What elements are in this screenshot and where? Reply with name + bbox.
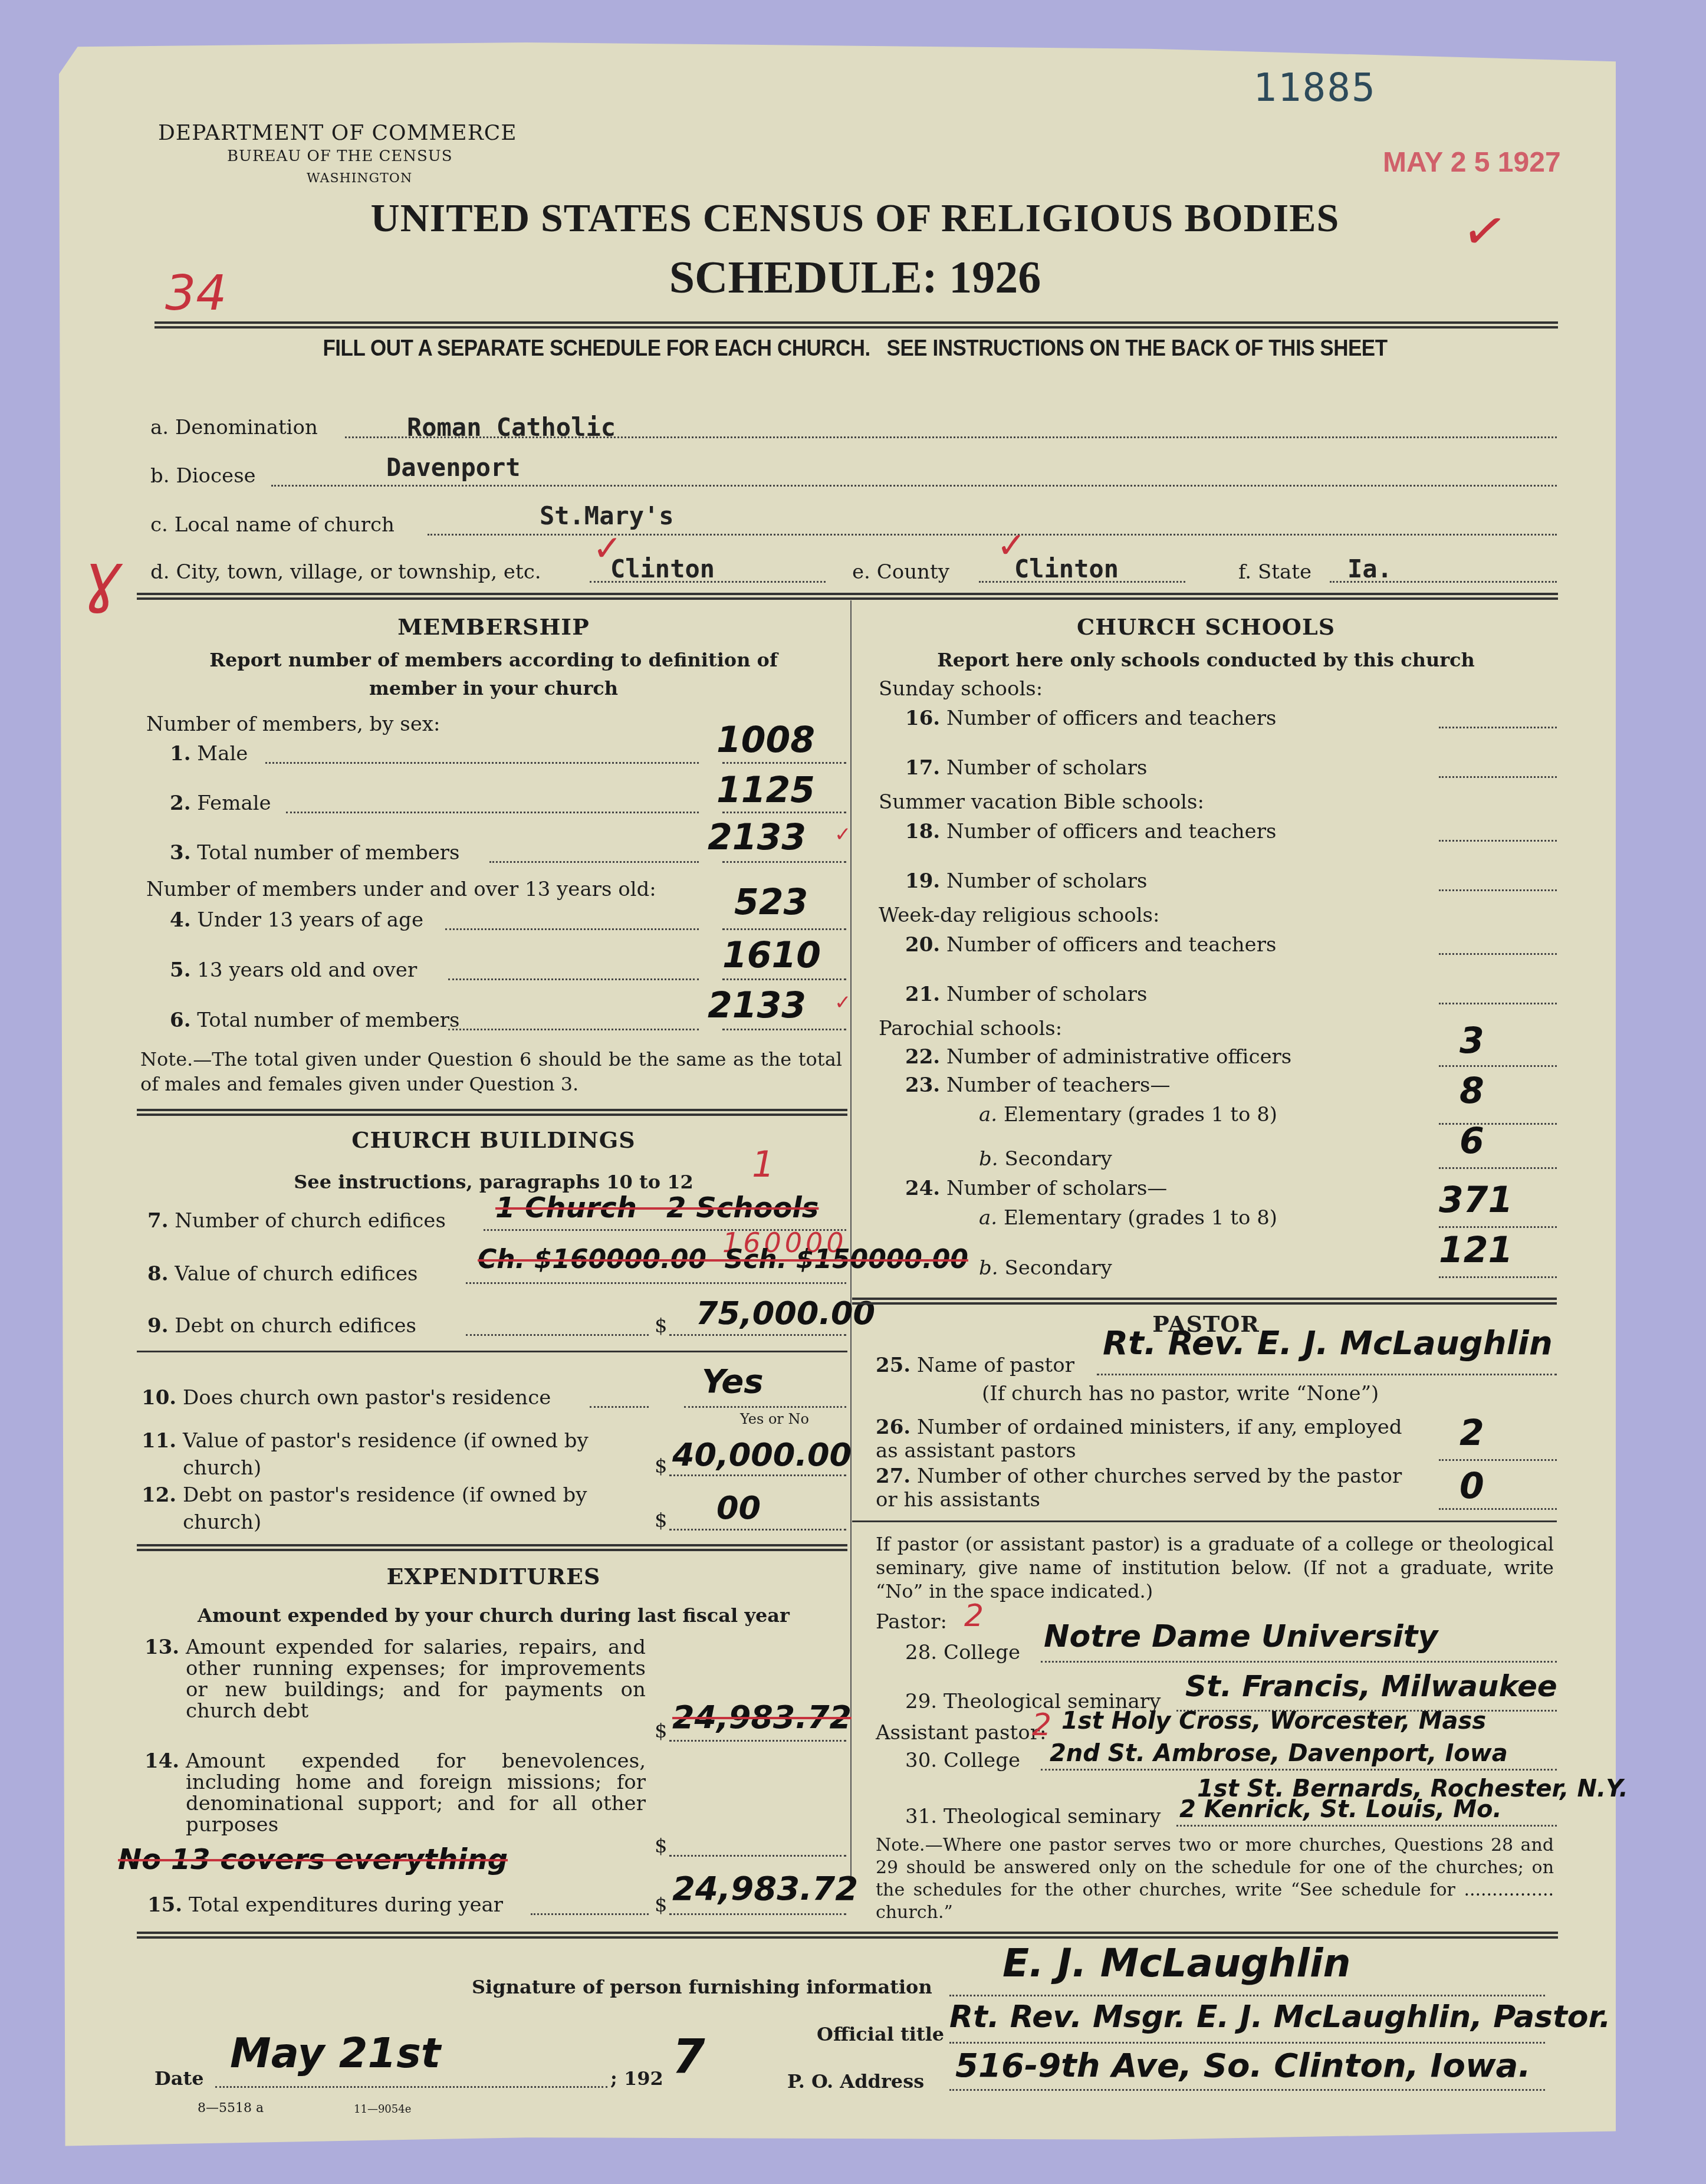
pastor-name-hint: (If church has no pastor, write “None”) — [982, 1382, 1379, 1405]
city-label: d. City, town, village, or township, etc… — [150, 560, 541, 584]
scholars-elementary-label: a. Elementary (grades 1 to 8) — [979, 1206, 1277, 1230]
pastor-education-label: Pastor: — [876, 1610, 947, 1634]
female-label: 2. Female — [170, 792, 271, 815]
running-expenses-value[interactable]: 24,983.72 — [672, 1699, 852, 1736]
under-13-value[interactable]: 523 — [734, 882, 808, 923]
male-field-line[interactable] — [722, 762, 846, 764]
diocese-field-line[interactable] — [271, 485, 1557, 487]
benevolences-label: 14. Amount expended for benevolences, in… — [144, 1751, 652, 1835]
total-members-2-field-line[interactable] — [722, 1029, 846, 1030]
dollar-sign: $ — [655, 1509, 668, 1532]
total-expenditures-leader — [531, 1913, 649, 1915]
seminary-29-value[interactable]: St. Francis, Milwaukee — [1185, 1669, 1557, 1703]
dollar-sign: $ — [655, 1454, 668, 1478]
benevolences-field-line[interactable] — [669, 1855, 846, 1857]
identity-divider — [137, 593, 1558, 600]
teachers-elementary-label: a. Elementary (grades 1 to 8) — [979, 1103, 1277, 1127]
po-address-label: P. O. Address — [787, 2070, 924, 2093]
residence-debt-value[interactable]: 00 — [716, 1489, 761, 1526]
edifices-value[interactable]: 1 Church 2 Schools — [495, 1191, 819, 1224]
owns-residence-value[interactable]: Yes — [702, 1362, 764, 1401]
po-address-field-line[interactable] — [949, 2089, 1545, 2091]
value-edifices-label: 8. Value of church edifices — [147, 1262, 418, 1286]
residence-value-value[interactable]: 40,000.00 — [672, 1436, 852, 1473]
pastor-note: Note.—Where one pastor serves two or mor… — [876, 1834, 1554, 1924]
debt-edifices-value[interactable]: 75,000.00 — [696, 1295, 875, 1332]
scholars-secondary-value[interactable]: 121 — [1439, 1230, 1513, 1271]
teachers-secondary-value[interactable]: 6 — [1460, 1121, 1484, 1162]
membership-divider — [137, 1109, 847, 1116]
fill-instruction: FILL OUT A SEPARATE SCHEDULE FOR EACH CH… — [209, 336, 1501, 362]
county-value[interactable]: Clinton — [1014, 554, 1119, 583]
other-churches-field-line[interactable] — [1439, 1508, 1557, 1510]
column-divider — [850, 600, 852, 1883]
membership-heading: MEMBERSHIP — [137, 613, 850, 640]
denomination-value[interactable]: Roman Catholic — [407, 413, 616, 442]
admin-officers-field-line[interactable] — [1439, 1065, 1557, 1067]
male-value[interactable]: 1008 — [716, 720, 815, 761]
expenditures-subheading: Amount expended by your church during la… — [137, 1604, 850, 1627]
summer-scholars-label: 19. Number of scholars — [905, 869, 1147, 893]
by-age-label: Number of members under and over 13 year… — [146, 878, 656, 901]
residence-value-field-line[interactable] — [669, 1474, 846, 1476]
local-name-label: c. Local name of church — [150, 513, 395, 537]
total-members-label: 3. Total number of members — [170, 841, 459, 865]
pastor-name-field-line[interactable] — [1097, 1374, 1557, 1375]
assistant-education-label: Assistant pastor: — [876, 1721, 1046, 1745]
membership-note: Note.—The total given under Question 6 s… — [140, 1047, 842, 1096]
expenditures-heading: EXPENDITURES — [137, 1563, 850, 1589]
teachers-secondary-field-line[interactable] — [1439, 1167, 1557, 1169]
sunday-officers-field-line[interactable] — [1439, 727, 1557, 728]
debt-edifices-field-line[interactable] — [669, 1334, 846, 1336]
page-subtitle: SCHEDULE: 1926 — [318, 251, 1392, 304]
summer-officers-field-line[interactable] — [1439, 840, 1557, 842]
female-field-line[interactable] — [722, 812, 846, 813]
signature-field-line[interactable] — [949, 1995, 1545, 1996]
weekday-officers-label: 20. Number of officers and teachers — [905, 933, 1276, 957]
weekday-scholars-label: 21. Number of scholars — [905, 983, 1147, 1006]
total-check-icon: ✓ — [834, 823, 852, 846]
total-members-field-line[interactable] — [722, 861, 846, 863]
year-prefix: ; 192 — [610, 2067, 663, 2090]
total-2-check-icon: ✓ — [834, 991, 852, 1014]
residence-debt-field-line[interactable] — [669, 1529, 846, 1531]
dollar-sign: $ — [655, 1314, 668, 1338]
residence-debt-label: 12. Debt on pastor's residence (if owned… — [142, 1482, 643, 1536]
owns-residence-leader — [590, 1406, 649, 1408]
serial-number: 11885 — [1253, 65, 1376, 110]
education-intro: If pastor (or assistant pastor) is a gra… — [876, 1532, 1554, 1603]
city-value[interactable]: Clinton — [610, 554, 715, 583]
college-30-value-2[interactable]: 2nd St. Ambrose, Davenport, Iowa — [1050, 1740, 1508, 1767]
denomination-label: a. Denomination — [150, 416, 318, 439]
seminary-31-value-2[interactable]: 2 Kenrick, St. Louis, Mo. — [1179, 1796, 1502, 1823]
page-title: UNITED STATES CENSUS OF RELIGIOUS BODIES — [318, 195, 1392, 241]
edifices-correction: 1 — [752, 1144, 774, 1185]
diocese-value[interactable]: Davenport — [386, 453, 521, 482]
total-expenditures-value[interactable]: 24,983.72 — [672, 1870, 858, 1908]
assistant-pastors-label: 26. Number of ordained ministers, if any… — [876, 1416, 1418, 1463]
assistant-mark: 2 — [1032, 1707, 1051, 1743]
college-28-field-line[interactable] — [1041, 1661, 1557, 1663]
weekday-officers-field-line[interactable] — [1439, 953, 1557, 955]
margin-number: 34 — [165, 265, 226, 321]
county-label: e. County — [852, 560, 949, 584]
other-churches-value[interactable]: 0 — [1460, 1466, 1484, 1507]
sunday-schools-label: Sunday schools: — [879, 677, 1043, 701]
over-13-leader — [448, 978, 699, 980]
total-members-2-label: 6. Total number of members — [170, 1009, 459, 1032]
date-field-line[interactable] — [215, 2086, 607, 2088]
scholars-elementary-value[interactable]: 371 — [1439, 1180, 1513, 1221]
college-28-label: 28. College — [905, 1641, 1020, 1664]
female-value[interactable]: 1125 — [716, 770, 815, 811]
under-13-label: 4. Under 13 years of age — [170, 908, 423, 932]
scholars-label: 24. Number of scholars— — [905, 1177, 1167, 1200]
teachers-elementary-value[interactable]: 8 — [1460, 1070, 1484, 1112]
buildings-divider — [137, 1351, 847, 1352]
under-13-leader — [445, 928, 699, 930]
total-expenditures-field-line[interactable] — [669, 1913, 846, 1915]
teachers-elementary-field-line[interactable] — [1439, 1123, 1557, 1125]
total-expenditures-label: 15. Total expenditures during year — [147, 1893, 503, 1917]
header-divider — [155, 321, 1558, 329]
diocese-label: b. Diocese — [150, 464, 256, 488]
pastor-divider — [852, 1520, 1557, 1522]
total-members-2-value[interactable]: 2133 — [708, 985, 806, 1026]
buildings-bottom-divider — [137, 1544, 847, 1551]
other-churches-label: 27. Number of other churches served by t… — [876, 1464, 1418, 1512]
pastor-mark: 2 — [964, 1598, 984, 1634]
college-28-value[interactable]: Notre Dame University — [1044, 1619, 1438, 1654]
over-13-label: 5. 13 years old and over — [170, 958, 417, 982]
under-13-field-line[interactable] — [722, 928, 846, 930]
female-leader — [286, 812, 699, 813]
print-code: 11—9054e — [354, 2103, 411, 2116]
form-number: 8—5518 a — [198, 2101, 264, 2116]
value-edifices-value[interactable]: Ch. $160000.00 Sch. $150000.00 — [478, 1244, 968, 1275]
college-30-label: 30. College — [905, 1749, 1020, 1772]
pastor-name-label: 25. Name of pastor — [876, 1354, 1074, 1377]
sunday-officers-label: 16. Number of officers and teachers — [905, 707, 1276, 730]
weekday-schools-label: Week-day religious schools: — [879, 904, 1159, 927]
state-label: f. State — [1238, 560, 1311, 584]
dollar-sign: $ — [655, 1719, 668, 1743]
owns-residence-label: 10. Does church own pastor's residence — [142, 1386, 551, 1410]
signature-value[interactable]: E. J. McLaughlin — [1002, 1940, 1351, 1986]
seminary-31-field-line[interactable] — [1176, 1825, 1557, 1827]
dollar-sign: $ — [655, 1834, 668, 1858]
scholars-secondary-label: b. Secondary — [979, 1256, 1112, 1280]
running-expenses-field-line[interactable] — [669, 1740, 846, 1742]
summer-officers-label: 18. Number of officers and teachers — [905, 820, 1276, 843]
body-bottom-divider — [137, 1932, 1558, 1939]
signature-label: Signature of person furnishing informati… — [472, 1976, 932, 1998]
dollar-sign: $ — [655, 1893, 668, 1917]
parochial-schools-label: Parochial schools: — [879, 1017, 1062, 1040]
residence-value-label: 11. Value of pastor's residence (if owne… — [142, 1427, 643, 1482]
college-30-field-line[interactable] — [1041, 1769, 1557, 1771]
expenditures-annotation: No 13 covers everything — [118, 1843, 508, 1876]
admin-officers-value[interactable]: 3 — [1460, 1020, 1484, 1062]
scholars-secondary-field-line[interactable] — [1439, 1276, 1557, 1278]
owns-residence-field-line[interactable] — [684, 1406, 846, 1408]
pastor-name-value[interactable]: Rt. Rev. E. J. McLaughlin — [1103, 1324, 1553, 1362]
church-buildings-subheading: See instructions, paragraphs 10 to 12 — [137, 1171, 850, 1193]
margin-check-icon: ɣ — [83, 540, 121, 615]
male-label: 1. Male — [170, 742, 248, 766]
year-value[interactable]: 7 — [672, 2029, 705, 2084]
weekday-scholars-field-line[interactable] — [1439, 1003, 1557, 1004]
official-title-value[interactable]: Rt. Rev. Msgr. E. J. McLaughlin, Pastor. — [949, 1999, 1611, 2035]
debt-edifices-leader — [466, 1334, 649, 1336]
department-name: DEPARTMENT OF COMMERCE — [158, 121, 517, 145]
edifices-label: 7. Number of church edifices — [147, 1209, 446, 1233]
summer-scholars-field-line[interactable] — [1439, 889, 1557, 891]
college-30-value-1[interactable]: 1st Holy Cross, Worcester, Mass — [1061, 1707, 1486, 1735]
assistant-pastors-value[interactable]: 2 — [1460, 1413, 1484, 1454]
official-title-field-line[interactable] — [949, 2042, 1545, 2044]
received-date-stamp: MAY 2 5 1927 — [1383, 146, 1561, 179]
assistant-pastors-field-line[interactable] — [1439, 1459, 1557, 1461]
male-leader — [265, 762, 699, 764]
membership-subheading: Report number of members according to de… — [137, 649, 850, 671]
debt-edifices-label: 9. Debt on church edifices — [147, 1314, 416, 1338]
church-schools-subheading: Report here only schools conducted by th… — [852, 649, 1560, 671]
state-value[interactable]: Ia. — [1347, 554, 1392, 583]
seminary-31-label: 31. Theological seminary — [905, 1805, 1161, 1828]
date-value[interactable]: May 21st — [230, 2029, 441, 2077]
local-name-value[interactable]: St.Mary's — [540, 501, 674, 530]
sunday-scholars-label: 17. Number of scholars — [905, 756, 1147, 780]
schools-divider — [852, 1298, 1557, 1305]
official-title-label: Official title — [817, 2023, 944, 2045]
bureau-name: BUREAU OF THE CENSUS — [227, 147, 453, 165]
teachers-label: 23. Number of teachers— — [905, 1073, 1170, 1097]
membership-subheading-2: member in your church — [137, 677, 850, 699]
over-13-value[interactable]: 1610 — [722, 935, 821, 976]
total-members-2-leader — [448, 1029, 699, 1030]
value-edifices-field-line[interactable] — [466, 1282, 846, 1284]
over-13-field-line[interactable] — [722, 978, 846, 980]
date-label: Date — [155, 2067, 204, 2090]
admin-officers-label: 22. Number of administrative officers — [905, 1045, 1291, 1069]
sunday-scholars-field-line[interactable] — [1439, 776, 1557, 778]
total-members-leader — [489, 861, 699, 863]
scholars-elementary-field-line[interactable] — [1439, 1226, 1557, 1228]
church-buildings-heading: CHURCH BUILDINGS — [137, 1127, 850, 1153]
teachers-secondary-label: b. Secondary — [979, 1147, 1112, 1171]
by-sex-label: Number of members, by sex: — [146, 712, 440, 736]
bureau-city: WASHINGTON — [307, 171, 412, 186]
summer-schools-label: Summer vacation Bible schools: — [879, 790, 1204, 814]
running-expenses-label: 13. Amount expended for salaries, repair… — [144, 1637, 652, 1722]
yes-no-hint: Yes or No — [740, 1411, 809, 1427]
po-address-value[interactable]: 516-9th Ave, So. Clinton, Iowa. — [955, 2047, 1531, 2085]
church-schools-heading: CHURCH SCHOOLS — [852, 613, 1560, 640]
total-members-value[interactable]: 2133 — [708, 817, 806, 858]
